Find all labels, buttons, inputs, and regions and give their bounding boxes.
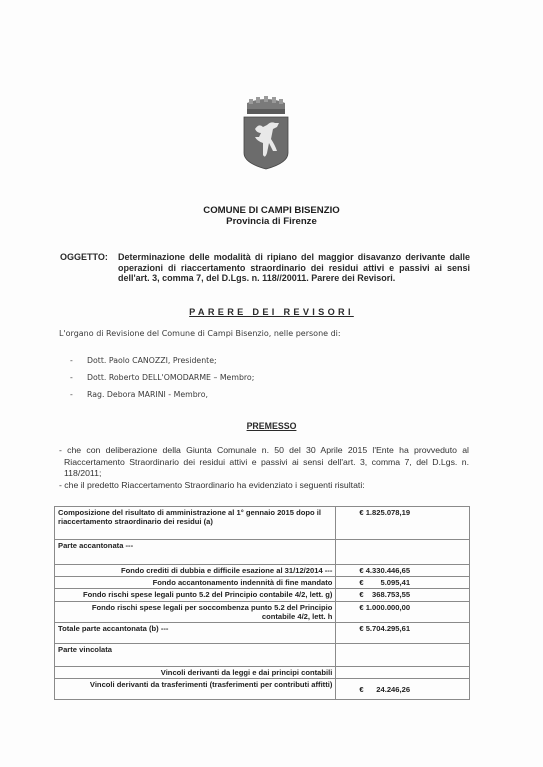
document-page: COMUNE DI CAMPI BISENZIO Provincia di Fi… xyxy=(0,0,543,767)
row-value: € 24.246,26 xyxy=(336,679,470,700)
organo-intro: L'organo di Revisione del Comune di Camp… xyxy=(59,329,341,338)
table-row: Totale parte accantonata (b) --- € 5.704… xyxy=(55,623,470,644)
member-name: Rag. Debora MARINI - Membro, xyxy=(87,390,208,399)
row-label: Vincoli derivanti da leggi e dai princip… xyxy=(55,667,336,679)
table-row: Fondo rischi spese legali punto 5.2 del … xyxy=(55,589,470,601)
row-value: € 1.000.000,00 xyxy=(336,601,470,622)
row-label: Fondo rischi spese legali punto 5.2 del … xyxy=(55,589,336,601)
row-label: Totale parte accantonata (b) --- xyxy=(55,623,336,644)
row-label: Fondo accantonamento indennità di fine m… xyxy=(55,577,336,589)
subject-label: OGGETTO: xyxy=(60,252,108,263)
table-row: Composizione del risultato di amministra… xyxy=(55,507,470,540)
table-row: Fondo rischi spese legali per soccombenz… xyxy=(55,601,470,622)
premesso-paragraph-2: - che il predetto Riaccertamento Straord… xyxy=(59,480,469,492)
premesso-text: - che con deliberazione della Giunta Com… xyxy=(59,445,469,491)
bullet-dash: - xyxy=(70,390,73,399)
row-value xyxy=(336,667,470,679)
coat-of-arms-icon xyxy=(241,93,291,170)
table-row: Vincoli derivanti da leggi e dai princip… xyxy=(55,667,470,679)
section-heading-premesso: PREMESSO xyxy=(0,421,543,431)
row-value: € 1.825.078,19 xyxy=(336,507,470,540)
row-value xyxy=(336,540,470,565)
table-row: Parte accantonata --- xyxy=(55,540,470,565)
row-label: Parte vincolata xyxy=(55,644,336,667)
row-label: Parte accantonata --- xyxy=(55,540,336,565)
section-heading-parere: PARERE DEI REVISORI xyxy=(0,307,543,317)
table-row: Vincoli derivanti da trasferimenti (tras… xyxy=(55,679,470,700)
table-row: Fondo crediti di dubbia e difficile esaz… xyxy=(55,565,470,577)
province-subtitle: Provincia di Firenze xyxy=(0,216,543,227)
row-label: Composizione del risultato di amministra… xyxy=(55,507,336,540)
member-name: Dott. Roberto DELL'OMODARME – Membro; xyxy=(87,373,254,382)
row-value: € 4.330.446,65 xyxy=(336,565,470,577)
row-value: € 5.704.295,61 xyxy=(336,623,470,644)
table-row: Fondo accantonamento indennità di fine m… xyxy=(55,577,470,589)
results-table: Composizione del risultato di amministra… xyxy=(54,506,470,700)
row-label: Vincoli derivanti da trasferimenti (tras… xyxy=(55,679,336,700)
subject-text: Determinazione delle modalità di ripiano… xyxy=(118,252,470,284)
member-name: Dott. Paolo CANOZZI, Presidente; xyxy=(87,356,217,365)
row-value xyxy=(336,644,470,667)
table-row: Parte vincolata xyxy=(55,644,470,667)
bullet-dash: - xyxy=(70,356,73,365)
row-label: Fondo crediti di dubbia e difficile esaz… xyxy=(55,565,336,577)
premesso-paragraph-1: - che con deliberazione della Giunta Com… xyxy=(59,445,469,480)
row-value: € 368.753,55 xyxy=(336,589,470,601)
bullet-dash: - xyxy=(70,373,73,382)
row-label: Fondo rischi spese legali per soccombenz… xyxy=(55,601,336,622)
row-value: € 5.095,41 xyxy=(336,577,470,589)
municipality-title: COMUNE DI CAMPI BISENZIO xyxy=(0,205,543,216)
